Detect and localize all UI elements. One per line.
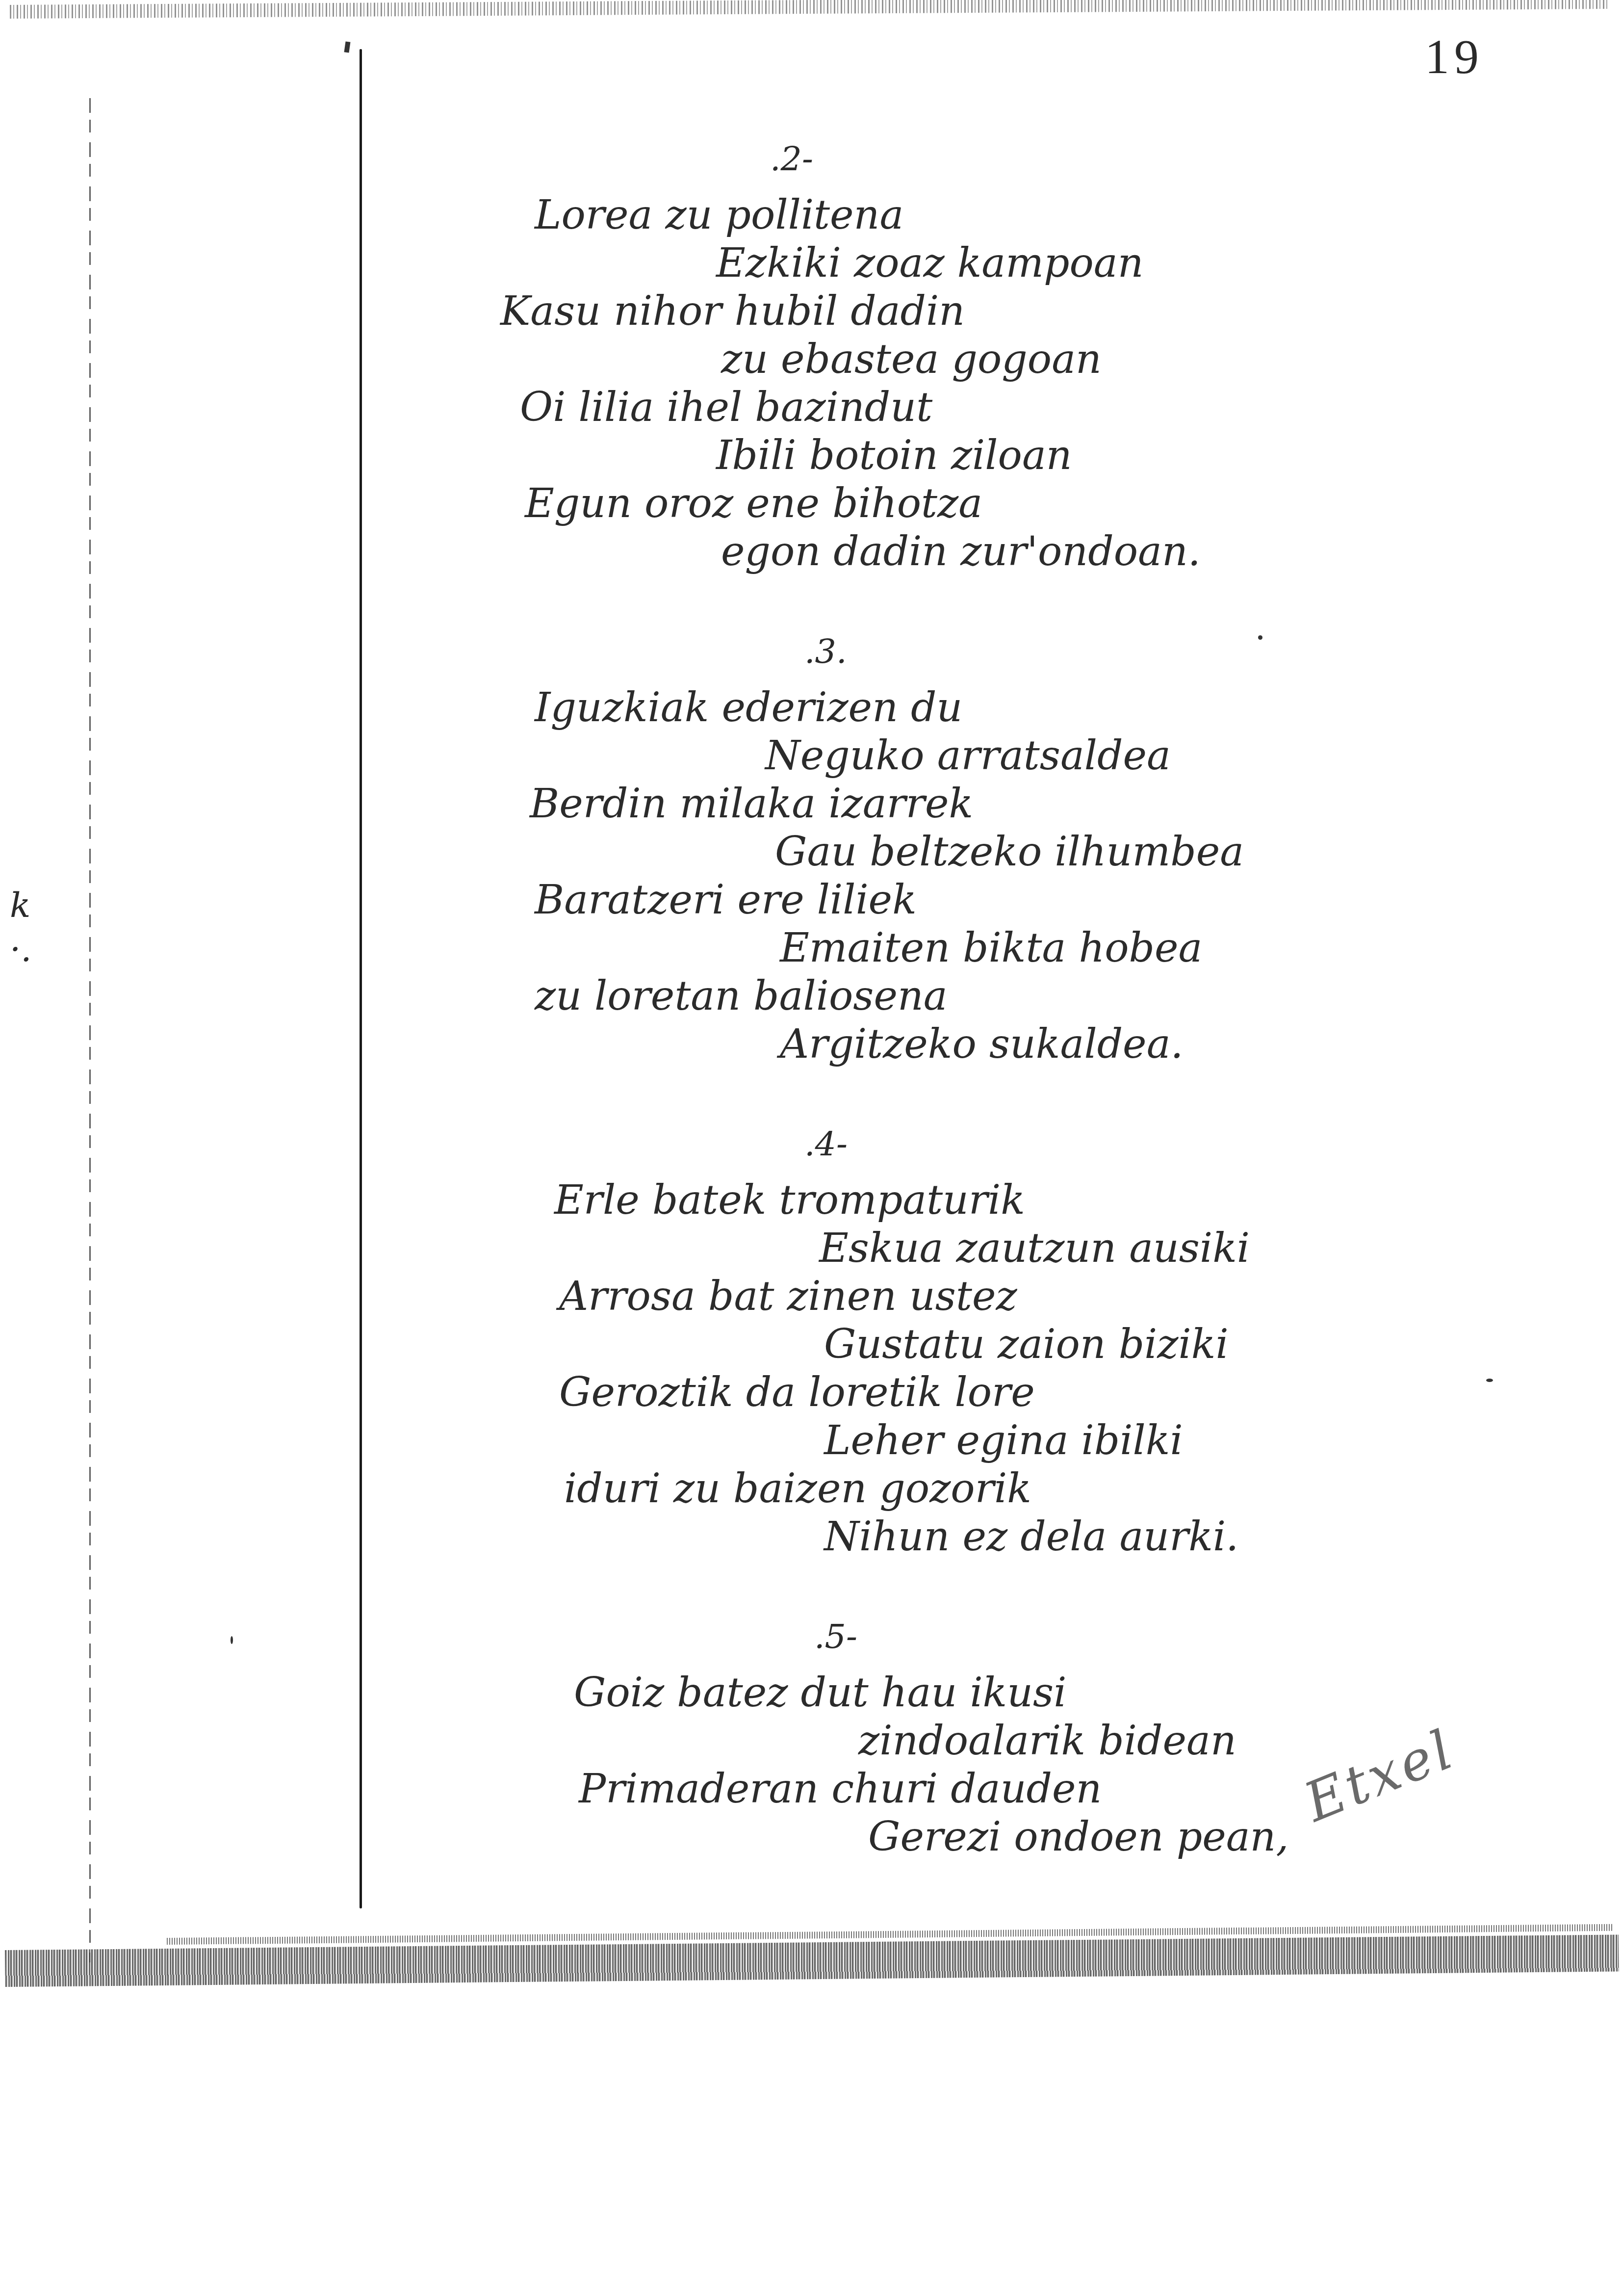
verse-line: Erle batek trompaturik [490, 1176, 1496, 1225]
stanza-number: .4- [490, 1122, 1496, 1176]
stanza-number: .3. [490, 630, 1496, 684]
verse-line: Lorea zu pollitena [490, 191, 1496, 239]
stanza-number: .5- [490, 1615, 1496, 1669]
ink-speck [1486, 1379, 1493, 1382]
verse-line: Kasu nihor hubil dadin [490, 287, 1496, 336]
verse-line: Goiz batez dut hau ikusi [490, 1669, 1496, 1717]
page-number: 19 [1425, 28, 1484, 85]
left-margin-fragment-line-1: k [10, 883, 32, 927]
verse-line: egon dadin zur'ondoan. [490, 528, 1496, 576]
stanza-4: .4- Erle batek trompaturik Eskua zautzun… [490, 1122, 1496, 1561]
stanza-3: .3. Iguzkiak ederizen du Neguko arratsal… [490, 630, 1496, 1069]
margin-rule-line [360, 49, 362, 1908]
stanza-5: .5- Goiz batez dut hau ikusi zindoalarik… [490, 1615, 1496, 1861]
left-page-edge-line [89, 98, 91, 1962]
verse-line: Leher egina ibilki [490, 1417, 1496, 1465]
stanza-number: .2- [490, 137, 1496, 191]
verse-line: Ezkiki zoaz kampoan [490, 239, 1496, 287]
verse-line: Berdin milaka izarrek [490, 780, 1496, 828]
verse-line: Gau beltzeko ilhumbea [490, 828, 1496, 876]
verse-line: Gustatu zaion biziki [490, 1321, 1496, 1369]
ink-speck [231, 1636, 233, 1644]
verse-line: Nihun ez dela aurki. [490, 1513, 1496, 1561]
poem: .2- Lorea zu pollitena Ezkiki zoaz kampo… [490, 137, 1496, 1920]
verse-line: Neguko arratsaldea [490, 732, 1496, 780]
verse-line: Emaiten bikta hobea [490, 924, 1496, 972]
left-margin-fragment-line-2: ·. [10, 927, 32, 971]
scan-edge-top [10, 0, 1609, 19]
stanza-2: .2- Lorea zu pollitena Ezkiki zoaz kampo… [490, 137, 1496, 576]
verse-line: Oi lilia ihel bazindut [490, 384, 1496, 432]
verse-line: zu loretan baliosena [490, 972, 1496, 1020]
verse-line: Argitzeko sukaldea. [490, 1020, 1496, 1069]
margin-tick-mark [344, 41, 351, 52]
verse-line: Arrosa bat zinen ustez [490, 1273, 1496, 1321]
verse-line: zu ebastea gogoan [490, 336, 1496, 384]
verse-line: Iguzkiak ederizen du [490, 684, 1496, 732]
verse-line: Egun oroz ene bihotza [490, 480, 1496, 528]
ink-speck [1258, 635, 1262, 640]
verse-line: Eskua zautzun ausiki [490, 1225, 1496, 1273]
verse-line: iduri zu baizen gozorik [490, 1465, 1496, 1513]
left-margin-fragment: k ·. [10, 883, 32, 971]
verse-line: Baratzeri ere liliek [490, 876, 1496, 924]
verse-line: Geroztik da loretik lore [490, 1369, 1496, 1417]
verse-line: Ibili botoin ziloan [490, 432, 1496, 480]
